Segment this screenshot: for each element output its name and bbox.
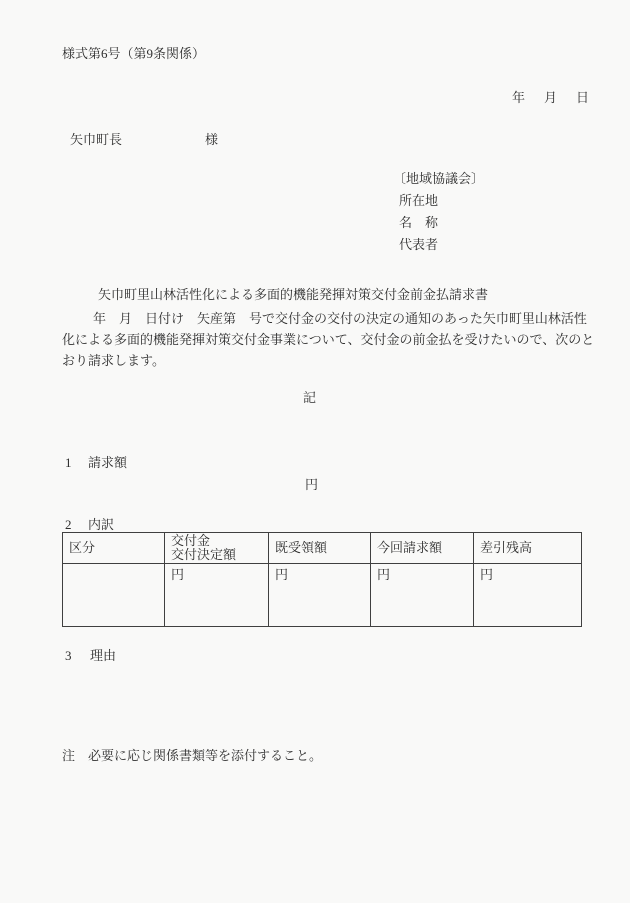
cell-already-received: 円 (269, 564, 371, 627)
section1-number: 1 (65, 455, 72, 471)
date-line: 年 月 日 (512, 90, 592, 106)
applicant-field-name: 名 称 (399, 215, 438, 231)
cell-remaining-balance: 円 (474, 564, 582, 627)
header-already-received: 既受領額 (269, 533, 371, 564)
breakdown-data-row: 円 円 円 円 (63, 564, 582, 627)
cell-category (63, 564, 165, 627)
cell-grant-decided-amount: 円 (165, 564, 269, 627)
breakdown-header-row: 区分 交付金交付決定額 既受領額 今回請求額 差引残高 (63, 533, 582, 564)
section1-amount-unit: 円 (305, 477, 318, 493)
section1-label: 請求額 (88, 455, 127, 471)
form-number: 様式第6号（第9条関係） (62, 46, 205, 62)
header-grant-decided-amount: 交付金交付決定額 (165, 533, 269, 564)
document-page: 様式第6号（第9条関係） 年 月 日 矢巾町長 様 〔地域協議会〕 所在地 名 … (0, 0, 630, 903)
note-prefix: 注 (62, 748, 75, 764)
section2-label: 内訳 (88, 517, 114, 533)
section2-number: 2 (65, 517, 72, 533)
document-title: 矢巾町里山林活性化による多面的機能発揮対策交付金前金払請求書 (98, 287, 488, 303)
addressee-name: 矢巾町長 (70, 132, 122, 148)
applicant-field-address: 所在地 (399, 193, 438, 209)
body-paragraph-line: 化による多面的機能発揮対策交付金事業について、交付金の前金払を受けたいので、次の… (62, 332, 594, 348)
applicant-group-label: 〔地域協議会〕 (393, 171, 484, 187)
header-grant-line2: 交付決定額 (171, 548, 264, 562)
header-category: 区分 (63, 533, 165, 564)
header-current-request: 今回請求額 (371, 533, 474, 564)
ki-marker: 記 (303, 390, 316, 406)
body-paragraph-line: 年 月 日付け 矢産第 号で交付金の交付の決定の通知のあった矢巾町里山林活性 (93, 311, 587, 327)
header-remaining-balance: 差引残高 (474, 533, 582, 564)
applicant-field-representative: 代表者 (399, 237, 438, 253)
note-text: 必要に応じ関係書類等を添付すること。 (88, 748, 322, 764)
section3-label: 理由 (90, 648, 116, 664)
section3-number: 3 (65, 648, 72, 664)
body-paragraph-line: おり請求します。 (62, 353, 165, 369)
cell-current-request: 円 (371, 564, 474, 627)
header-grant-line1: 交付金 (171, 534, 264, 548)
addressee-honorific: 様 (205, 132, 218, 148)
breakdown-table: 区分 交付金交付決定額 既受領額 今回請求額 差引残高 円 円 円 円 (62, 532, 582, 627)
